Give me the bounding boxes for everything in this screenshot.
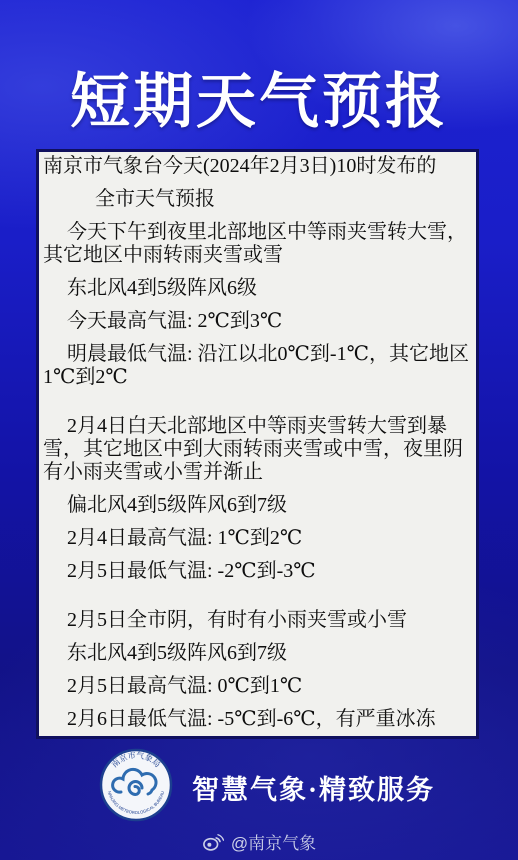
weibo-icon bbox=[202, 832, 224, 852]
forecast-paragraph: 今天最高气温: 2℃到3℃ bbox=[43, 310, 474, 333]
forecast-paragraph: 今天下午到夜里北部地区中等雨夹雪转大雪，其它地区中雨转雨夹雪或雪 bbox=[43, 221, 474, 267]
bureau-logo-icon: 南京市气象局 NANJING METEOROLOGICAL BUREAU bbox=[99, 748, 173, 822]
forecast-paragraph: 全市天气预报 bbox=[43, 188, 474, 211]
forecast-paragraph: 明晨最低气温: 沿江以北0℃到-1℃，其它地区1℃到2℃ bbox=[43, 343, 474, 389]
social-watermark: @南京气象 bbox=[0, 829, 518, 854]
weibo-handle[interactable]: @南京气象 bbox=[231, 829, 316, 854]
forecast-paragraph: 2月5日最高气温: 0℃到1℃ bbox=[43, 675, 474, 698]
forecast-text-box: 南京市气象台今天(2024年2月3日)10时发布的全市天气预报今天下午到夜里北部… bbox=[36, 149, 479, 739]
forecast-paragraph: 东北风4到5级阵风6级 bbox=[43, 277, 474, 300]
forecast-paragraph: 偏北风4到5级阵风6到7级 bbox=[43, 494, 474, 517]
forecast-paragraph: 南京市气象台今天(2024年2月3日)10时发布的 bbox=[43, 155, 474, 178]
forecast-paragraph: 2月4日最高气温: 1℃到2℃ bbox=[43, 527, 474, 550]
forecast-paragraph: 2月5日全市阴，有时有小雨夹雪或小雪 bbox=[43, 609, 474, 632]
weather-bulletin-poster: 短期天气预报 南京市气象台今天(2024年2月3日)10时发布的全市天气预报今天… bbox=[0, 0, 518, 860]
forecast-paragraph: 2月4日白天北部地区中等雨夹雪转大雪到暴雪，其它地区中到大雨转雨夹雪或中雪，夜里… bbox=[43, 415, 474, 484]
footer-slogan: 智慧气象·精致服务 bbox=[192, 768, 435, 807]
forecast-paragraph: 东北风4到5级阵风6到7级 bbox=[43, 642, 474, 665]
page-title: 短期天气预报 bbox=[0, 54, 518, 140]
footer: 南京市气象局 NANJING METEOROLOGICAL BUREAU 智慧气… bbox=[0, 744, 518, 826]
forecast-paragraph: 2月5日最低气温: -2℃到-3℃ bbox=[43, 560, 474, 583]
forecast-paragraph: 2月6日最低气温: -5℃到-6℃，有严重冰冻 bbox=[43, 708, 474, 731]
